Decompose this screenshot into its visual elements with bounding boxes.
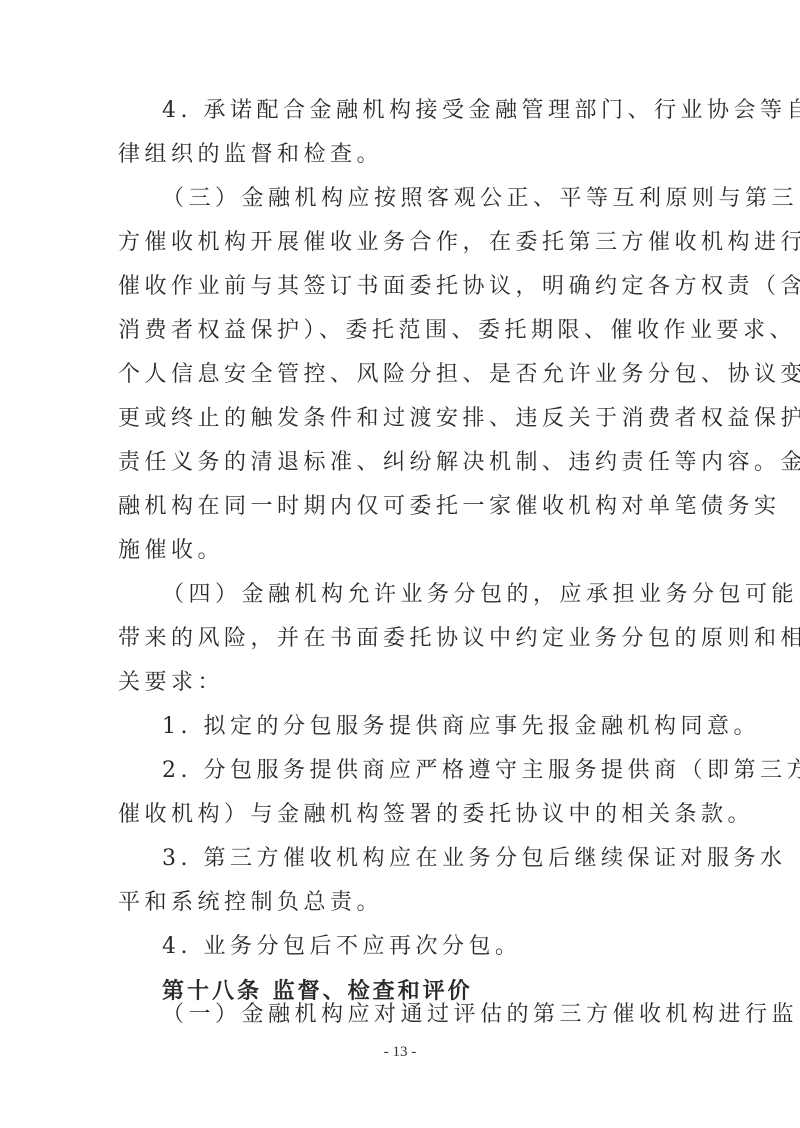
list-item-line: 2. 分包服务提供商应严格遵守主服务提供商（即第三方 — [162, 756, 728, 786]
paragraph-line: 催收作业前与其签订书面委托协议，明确约定各方权责（含 — [118, 272, 684, 302]
paragraph-line: 消费者权益保护）、委托范围、委托期限、催收作业要求、 — [118, 316, 684, 346]
list-item-line: 平和系统控制负总责。 — [118, 888, 684, 918]
paragraph-line: 责任义务的清退标准、纠纷解决机制、违约责任等内容。金 — [118, 448, 684, 478]
paragraph-line: 关要求： — [118, 668, 684, 698]
list-item-line: 3. 第三方催收机构应在业务分包后继续保证对服务水 — [162, 844, 728, 874]
list-item-line: 1. 拟定的分包服务提供商应事先报金融机构同意。 — [162, 712, 728, 742]
list-item-line: 催收机构）与金融机构签署的委托协议中的相关条款。 — [118, 800, 684, 830]
paragraph-line: 律组织的监督和检查。 — [118, 140, 684, 170]
paragraph-line: 个人信息安全管控、风险分担、是否允许业务分包、协议变 — [118, 360, 684, 390]
paragraph-line: （一）金融机构应对通过评估的第三方催收机构进行监 — [162, 1000, 728, 1030]
paragraph-line: 更或终止的触发条件和过渡安排、违反关于消费者权益保护 — [118, 404, 684, 434]
list-item-line: 4. 业务分包后不应再次分包。 — [162, 932, 728, 962]
paragraph-line: 融机构在同一时期内仅可委托一家催收机构对单笔债务实 — [118, 492, 684, 522]
paragraph-line: 4. 承诺配合金融机构接受金融管理部门、行业协会等自 — [162, 96, 728, 126]
page-number: - 13 - — [0, 1044, 800, 1061]
paragraph-line: 方催收机构开展催收业务合作，在委托第三方催收机构进行 — [118, 228, 684, 258]
document-page: 4. 承诺配合金融机构接受金融管理部门、行业协会等自 律组织的监督和检查。 （三… — [0, 0, 800, 1128]
paragraph-line: 施催收。 — [118, 536, 684, 566]
paragraph-line: （四）金融机构允许业务分包的，应承担业务分包可能 — [162, 580, 728, 610]
paragraph-line: 带来的风险，并在书面委托协议中约定业务分包的原则和相 — [118, 624, 684, 654]
paragraph-line: （三）金融机构应按照客观公正、平等互利原则与第三 — [162, 184, 728, 214]
